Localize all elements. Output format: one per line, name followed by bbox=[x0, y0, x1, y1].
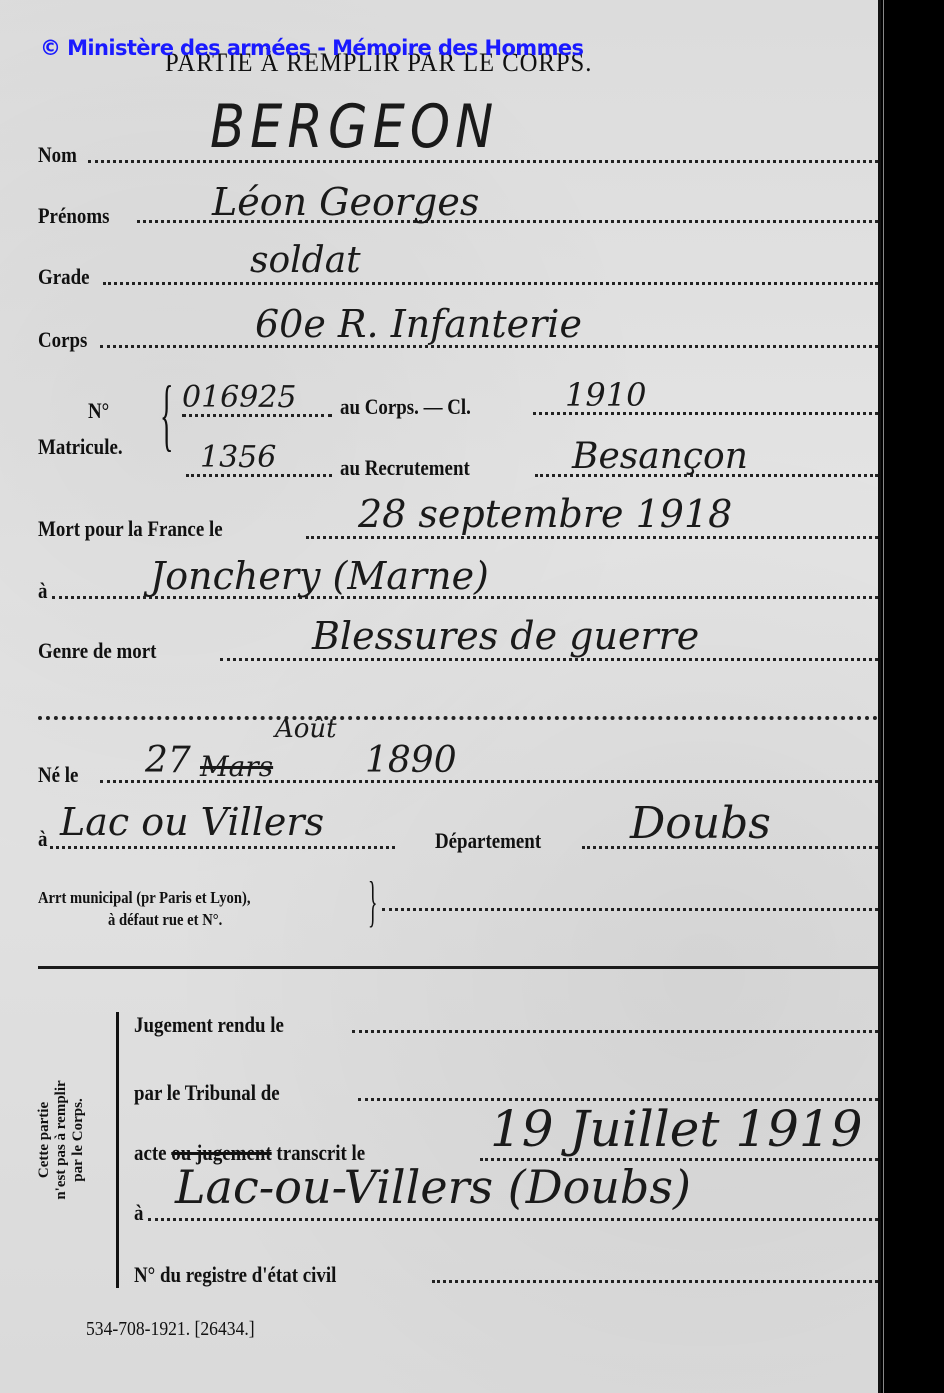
jugement-line bbox=[352, 1030, 878, 1033]
transcription-lieu-label: à bbox=[134, 1200, 143, 1226]
mort-value: 28 septembre 1918 bbox=[358, 492, 732, 536]
recrutement-place-value: Besançon bbox=[572, 436, 748, 477]
naissance-year: 1890 bbox=[365, 740, 457, 781]
nom-label: Nom bbox=[38, 142, 77, 168]
civil-side-note: Cette partie n'est pas à remplir par le … bbox=[36, 1025, 87, 1255]
genre-mort-label: Genre de mort bbox=[38, 638, 156, 664]
matricule-recrutement-value: 1356 bbox=[200, 440, 276, 475]
lieu-naissance-line bbox=[50, 846, 395, 849]
matricule-corps-value: 016925 bbox=[182, 380, 297, 415]
corps-value: 60e R. Infanterie bbox=[255, 302, 582, 346]
acte-value: 19 Juillet 1919 bbox=[490, 1100, 863, 1158]
record-card: © Ministère des armées - Mémoire des Hom… bbox=[0, 0, 880, 1393]
print-reference-code: 534-708-1921. [26434.] bbox=[86, 1318, 255, 1341]
departement-value: Doubs bbox=[630, 798, 771, 849]
genre-mort-line bbox=[220, 658, 878, 661]
mort-label: Mort pour la France le bbox=[38, 516, 223, 542]
au-corps-label: au Corps. — Cl. bbox=[340, 394, 471, 420]
au-recrutement-label: au Recrutement bbox=[340, 455, 470, 481]
grade-line bbox=[103, 282, 878, 285]
naissance-label: Né le bbox=[38, 762, 78, 788]
nom-value: BERGEON bbox=[210, 92, 498, 162]
grade-label: Grade bbox=[38, 264, 90, 290]
departement-label: Département bbox=[435, 828, 541, 854]
tribunal-label: par le Tribunal de bbox=[134, 1080, 280, 1106]
blank-line bbox=[38, 716, 878, 720]
transcription-lieu-value: Lac-ou-Villers (Doubs) bbox=[175, 1160, 691, 1214]
arrondissement-brace: } bbox=[368, 870, 377, 934]
card-edge-highlight bbox=[883, 0, 884, 1393]
matricule-brace: { bbox=[160, 370, 173, 461]
lieu-mort-value: Jonchery (Marne) bbox=[150, 554, 489, 598]
naissance-month-correction: Août bbox=[275, 714, 337, 744]
lieu-naissance-label: à bbox=[38, 826, 47, 852]
jugement-label: Jugement rendu le bbox=[134, 1012, 284, 1038]
arrondissement-label-1: Arrt municipal (pr Paris et Lyon), bbox=[38, 888, 251, 908]
matricule-label: Matricule. bbox=[38, 434, 123, 460]
section-divider bbox=[38, 966, 878, 969]
matricule-recrutement-line bbox=[186, 474, 332, 477]
corps-label: Corps bbox=[38, 327, 87, 353]
arrondissement-line bbox=[382, 908, 878, 911]
prenoms-label: Prénoms bbox=[38, 203, 109, 229]
classe-value: 1910 bbox=[565, 376, 646, 414]
copyright-watermark: © Ministère des armées - Mémoire des Hom… bbox=[40, 36, 583, 60]
naissance-month-struck: Mars bbox=[200, 750, 273, 783]
mort-line bbox=[306, 536, 878, 539]
matricule-corps-line bbox=[182, 414, 332, 417]
genre-mort-value: Blessures de guerre bbox=[312, 614, 699, 658]
lieu-naissance-value: Lac ou Villers bbox=[60, 800, 324, 844]
matricule-no-label: N° bbox=[88, 398, 109, 424]
prenoms-value: Léon Georges bbox=[212, 180, 479, 224]
registre-line bbox=[432, 1280, 878, 1283]
civil-bracket bbox=[116, 1012, 119, 1288]
transcription-lieu-line bbox=[148, 1218, 878, 1221]
registre-label: N° du registre d'état civil bbox=[134, 1262, 336, 1288]
grade-value: soldat bbox=[250, 240, 361, 281]
arrondissement-label-2: à défaut rue et N°. bbox=[108, 910, 222, 930]
lieu-mort-label: à bbox=[38, 578, 47, 604]
naissance-day: 27 bbox=[145, 740, 191, 781]
card-edge bbox=[878, 0, 881, 1393]
